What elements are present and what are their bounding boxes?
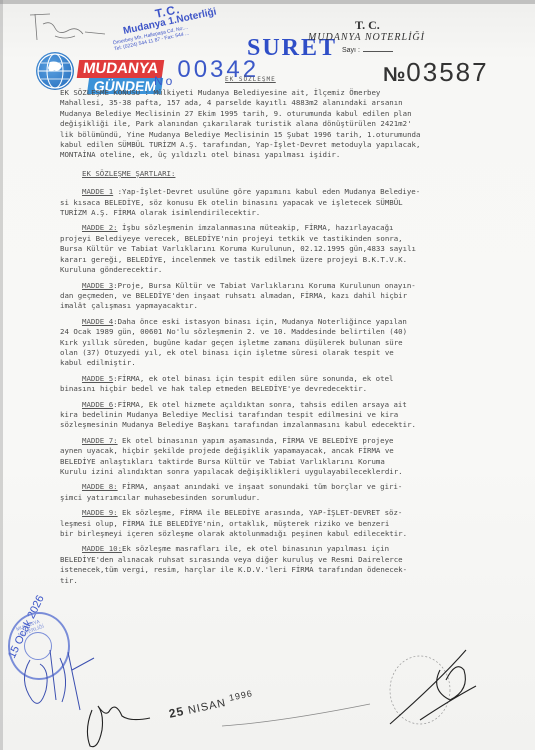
signature-right [380,640,490,740]
article-line: istenecek,tüm vergi, resim, harçlar ile … [60,565,520,575]
header-tc: T. C. [355,18,380,33]
subject-paragraph: EK SÖZLEŞME KONUSU : Mülkiyeti Mudanya B… [60,88,520,161]
article-line: binasını hiçbir bedel ve hak talep etmed… [60,384,520,394]
article-line: tir. [60,576,520,586]
document-title: EK SÖZLEŞME [225,76,276,83]
article-text: Ek sözleşme, FİRMA ile BELEDİYE arasında… [118,508,403,517]
article-line: Kuruluna gönderecektir. [60,265,520,275]
article-line: kabul edilmiştir. [60,358,520,368]
article-text: İşbu sözleşmenin imzalanmasına müteakip,… [118,223,394,232]
article-text: :Proje, Bursa Kültür ve Tabiat Varlıklar… [113,281,416,290]
signature-left [80,690,160,750]
article-3: MADDE 3:Proje, Bursa Kültür ve Tabiat Va… [60,281,520,317]
subject-line: kabul edilen SÜMBÜL TURİZM A.Ş. tarafınd… [60,140,520,150]
scribble-top-left [25,10,115,50]
article-label: MADDE 8: [82,482,118,491]
article-label: MADDE 6 [82,400,113,409]
article-text: Ek sözleşme masrafları ile, ek otel bina… [122,544,389,553]
subject-line: Mahallesi, 35-38 pafta, 157 ada, 4 parse… [60,98,520,108]
brand-mudanya: MUDANYA [77,60,165,78]
article-label: MADDE 5 [82,374,113,383]
globe-logo-icon [36,52,74,90]
article-line: olan (37) Otuzyedi yıl, ek otel binası i… [60,348,520,358]
article-text: :FİRMA, Ek otel hizmete açıldıktan sonra… [113,400,407,409]
subject-line: EK SÖZLEŞME KONUSU : Mülkiyeti Mudanya B… [60,88,520,98]
notary-office-name: MUDANYA NOTERLİĞİ [308,32,425,43]
article-line: si kısaca BELEDİYE, söz konusu Ek otelin… [60,198,520,208]
article-label: MADDE 4 [82,317,113,326]
article-1: MADDE 1 :Yap-İşlet-Devret usulüne göre y… [60,187,520,223]
scan-edge-top [0,0,535,4]
article-7: MADDE 7: Ek otel binasının yapım aşaması… [60,436,520,483]
article-line: şimci yatırımcılar muhasebesinden soruml… [60,493,520,503]
article-line: Bursa Kültür ve Tabiat Varlıklarını Koru… [60,244,520,254]
article-line: TURİZM A.Ş. FİRMA olarak isimlendirilece… [60,208,520,218]
document-body: EK SÖZLEŞME KONUSU : Mülkiyeti Mudanya B… [60,88,520,591]
subject-line: değişikliği ile, Park alanından çıkarıla… [60,119,520,129]
article-6: MADDE 6:FİRMA, Ek otel hizmete açıldıkta… [60,400,520,436]
article-text: FİRMA, anşaat anındaki ve inşaat sonunda… [118,482,403,491]
article-2: MADDE 2: İşbu sözleşmenin imzalanmasına … [60,223,520,280]
article-4: MADDE 4:Daha önce eski istasyon binası i… [60,317,520,374]
article-9: MADDE 9: Ek sözleşme, FİRMA ile BELEDİYE… [60,508,520,544]
article-line: aynen uyacak, hiçbir şekilde projede değ… [60,446,520,456]
article-text: :FİRMA, ek otel binası için tespit edile… [113,374,393,383]
articles-list: MADDE 1 :Yap-İşlet-Devret usulüne göre y… [60,187,520,591]
article-line: leşmesi olup, FİRMA İLE BELEDİYE'nin, or… [60,519,520,529]
scan-edge-left [0,0,3,750]
document-page: T.C. Mudanya 1.Noterliği Ömerbey Mh. Hal… [0,0,535,750]
article-line: bir birleşmeyi içeren sözleşme olarak ak… [60,529,520,539]
article-text: :Daha önce eski istasyon binası için, Mu… [113,317,407,326]
article-label: MADDE 3 [82,281,113,290]
article-label: MADDE 7: [82,436,118,445]
article-8: MADDE 8: FİRMA, anşaat anındaki ve inşaa… [60,482,520,508]
article-line: Kurulu izini alındıktan sonra yapılacak … [60,467,520,477]
article-line: projeyi Belediyeye verecek, BELEDİYE'nin… [60,234,520,244]
article-line: BELEDİYE'den alınacak ruhsat sırasında v… [60,555,520,565]
subject-line: MONTAİNA oteline, ek, üç yıldızlı otel b… [60,150,520,160]
article-line: kira bedelinin Mudanya Belediye Meclisi … [60,410,520,420]
sayi-field: Sayı : [342,47,393,54]
article-line: Kırk yıllık süreden, bugüne kadar geçen … [60,338,520,348]
article-label: MADDE 10: [82,544,122,553]
article-label: MADDE 2: [82,223,118,232]
article-line: BELEDİYE anlaştıkları taktirde Bursa Kül… [60,457,520,467]
serial-number: №03587 [383,57,489,88]
article-line: imalât çalışması yapmayacaktır. [60,301,520,311]
signature-line [220,700,380,730]
article-line: 24 Ocak 1989 gün, 00601 No'lu sözleşmeni… [60,327,520,337]
article-label: MADDE 9: [82,508,118,517]
article-10: MADDE 10:Ek sözleşme masrafları ile, ek … [60,544,520,591]
article-label: MADDE 1 [82,187,113,196]
article-line: dan geçmeden, ve BELEDİYE'den inşaat ruh… [60,291,520,301]
conditions-title: EK SÖZLEŞME ŞARTLARI: [82,169,520,179]
subject-line: Mudanya Belediye Meclisinin 27 Ekim 1995… [60,109,520,119]
article-text: :Yap-İşlet-Devret usulüne göre yapımını … [113,187,420,196]
subject-line: lik bölümündü, Yine Mudanya Belediye Mec… [60,130,520,140]
article-5: MADDE 5:FİRMA, ek otel binası için tespi… [60,374,520,400]
article-line: sözleşmesinin Mudanya Belediye Başkanı t… [60,420,520,430]
article-line: kararı gereği, BELEDİYE, incelenmek ve t… [60,255,520,265]
article-text: Ek otel binasının yapım aşamasında, FİRM… [118,436,394,445]
